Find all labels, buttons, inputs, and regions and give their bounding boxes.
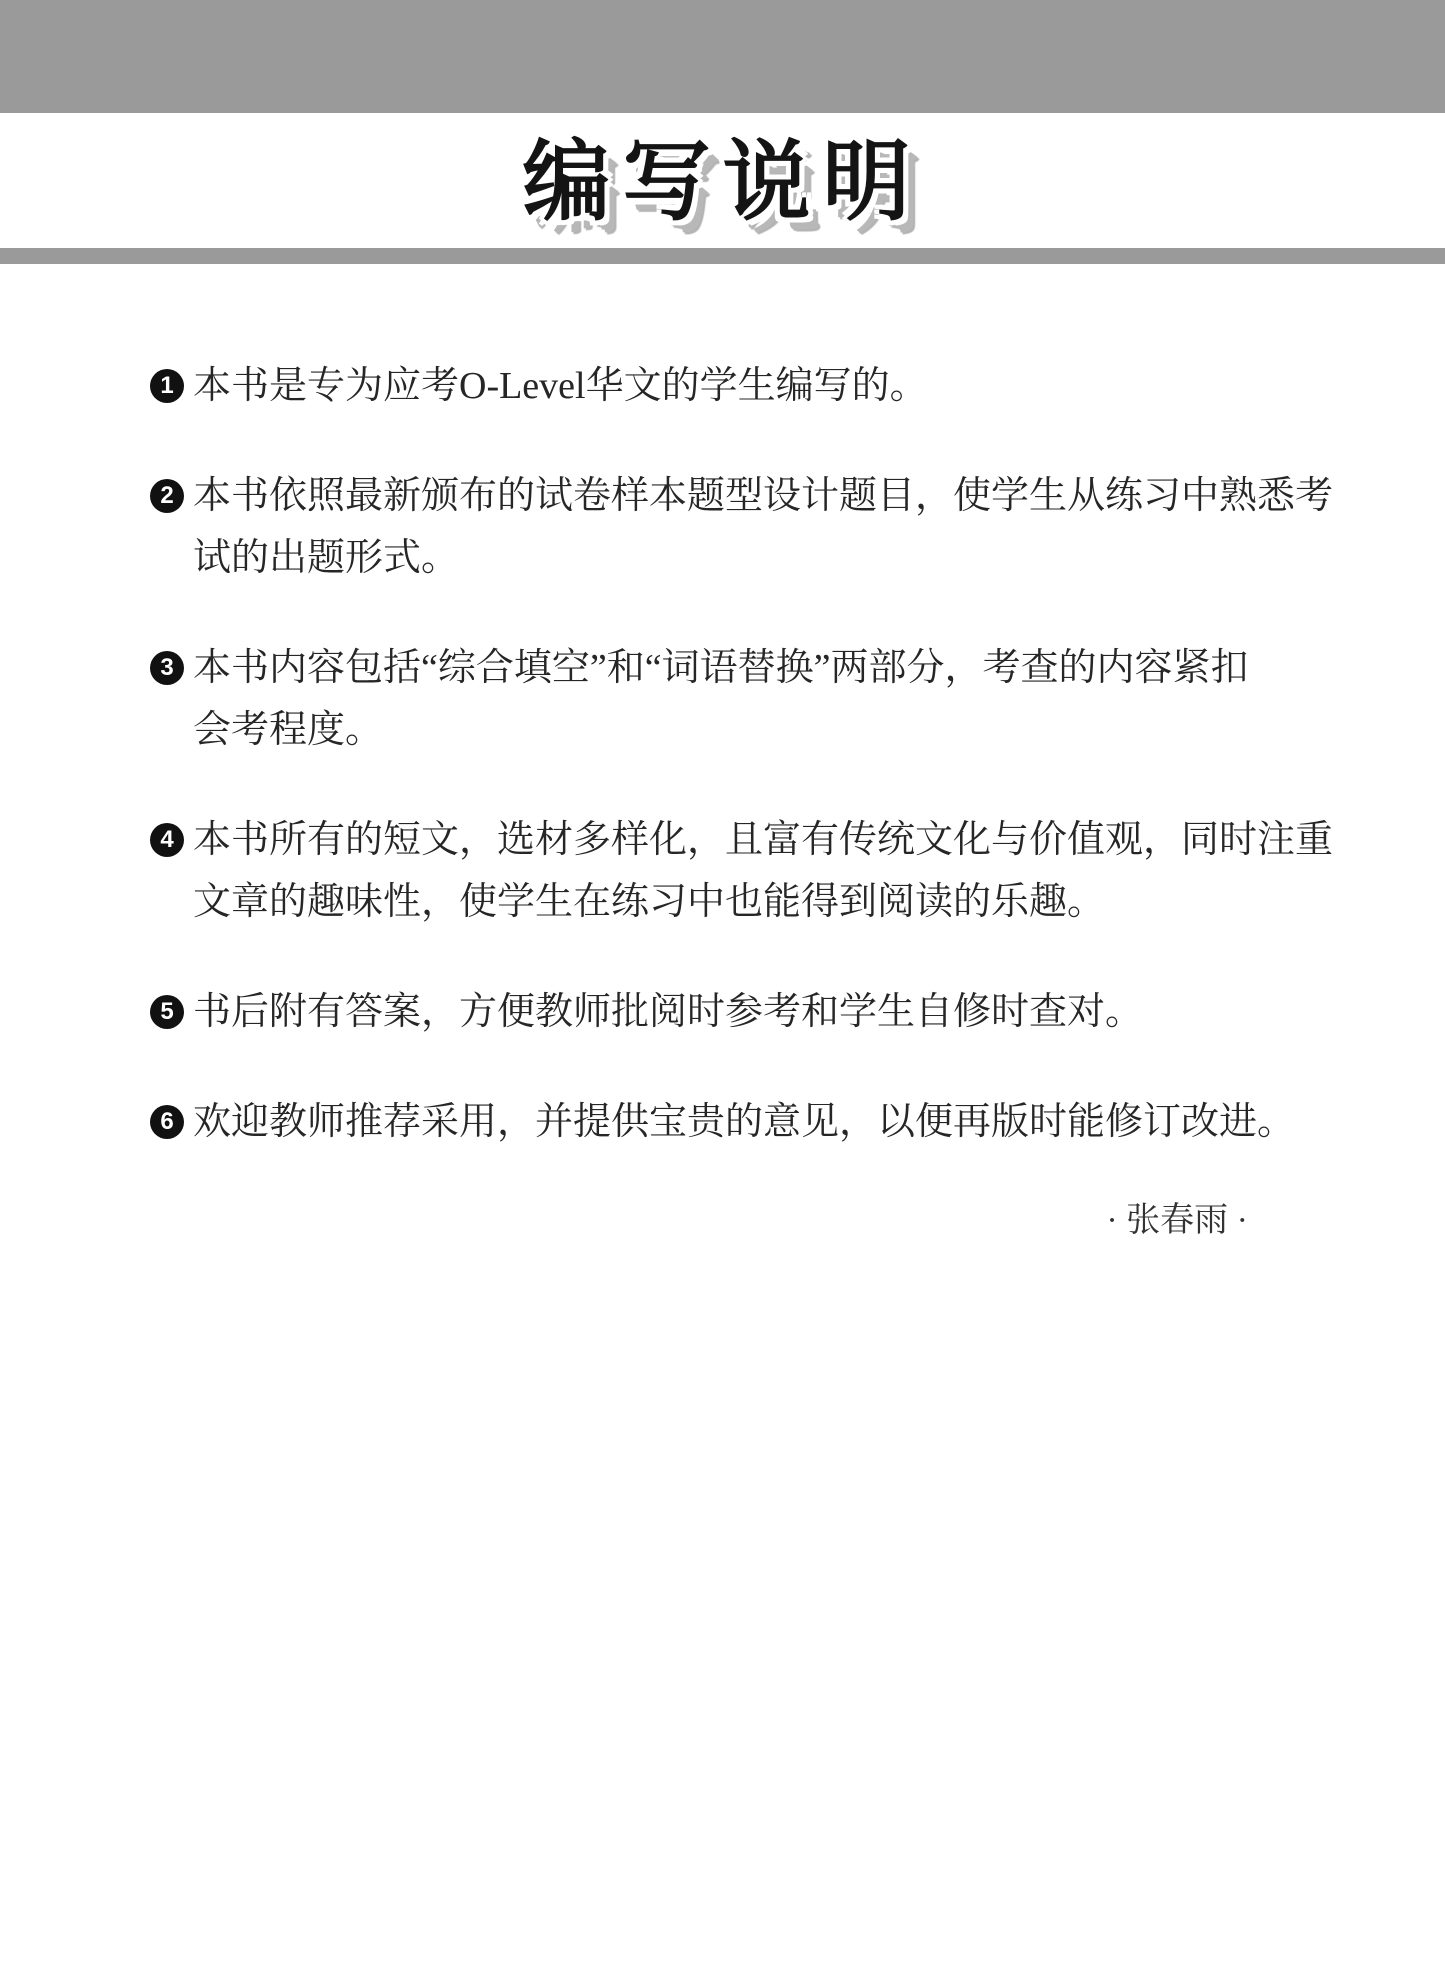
note-text: 欢迎教师推荐采用，并提供宝贵的意见，以便再版时能修订改进。 [193,1091,1295,1153]
author-signature: · 张春雨 · [150,1201,1360,1241]
note-text: 书后附有答案，方便教师批阅时参考和学生自修时查对。 [193,981,1143,1043]
note-item: 1 本书是专为应考O-Level华文的学生编写的。 [150,355,1360,417]
note-number-badge: 5 [150,995,184,1029]
notes-list: 1 本书是专为应考O-Level华文的学生编写的。 2 本书依照最新颁布的试卷样… [0,264,1445,1241]
note-text: 本书内容包括“综合填空”和“词语替换”两部分，考查的内容紧扣 会考程度。 [193,637,1248,761]
divider-bar [0,248,1445,264]
note-item: 2 本书依照最新颁布的试卷样本题型设计题目，使学生从练习中熟悉考 试的出题形式。 [150,465,1360,589]
note-number-badge: 4 [150,823,184,857]
note-text: 本书所有的短文，选材多样化，且富有传统文化与价值观，同时注重 文章的趣味性，使学… [193,809,1333,933]
note-number-badge: 3 [150,651,184,685]
note-number-badge: 1 [150,369,184,403]
note-item: 5 书后附有答案，方便教师批阅时参考和学生自修时查对。 [150,981,1360,1043]
top-banner [0,0,1445,113]
note-text: 本书依照最新颁布的试卷样本题型设计题目，使学生从练习中熟悉考 试的出题形式。 [193,465,1333,589]
note-number-badge: 2 [150,479,184,513]
note-item: 6 欢迎教师推荐采用，并提供宝贵的意见，以便再版时能修订改进。 [150,1091,1360,1153]
page-title: 编写说明 [522,129,922,233]
note-number-badge: 6 [150,1105,184,1139]
note-item: 4 本书所有的短文，选材多样化，且富有传统文化与价值观，同时注重 文章的趣味性，… [150,809,1360,933]
note-item: 3 本书内容包括“综合填空”和“词语替换”两部分，考查的内容紧扣 会考程度。 [150,637,1360,761]
title-section: 编写说明 [0,113,1445,248]
note-text: 本书是专为应考O-Level华文的学生编写的。 [193,355,928,417]
author-name: · 张春雨 · [1106,1202,1248,1239]
